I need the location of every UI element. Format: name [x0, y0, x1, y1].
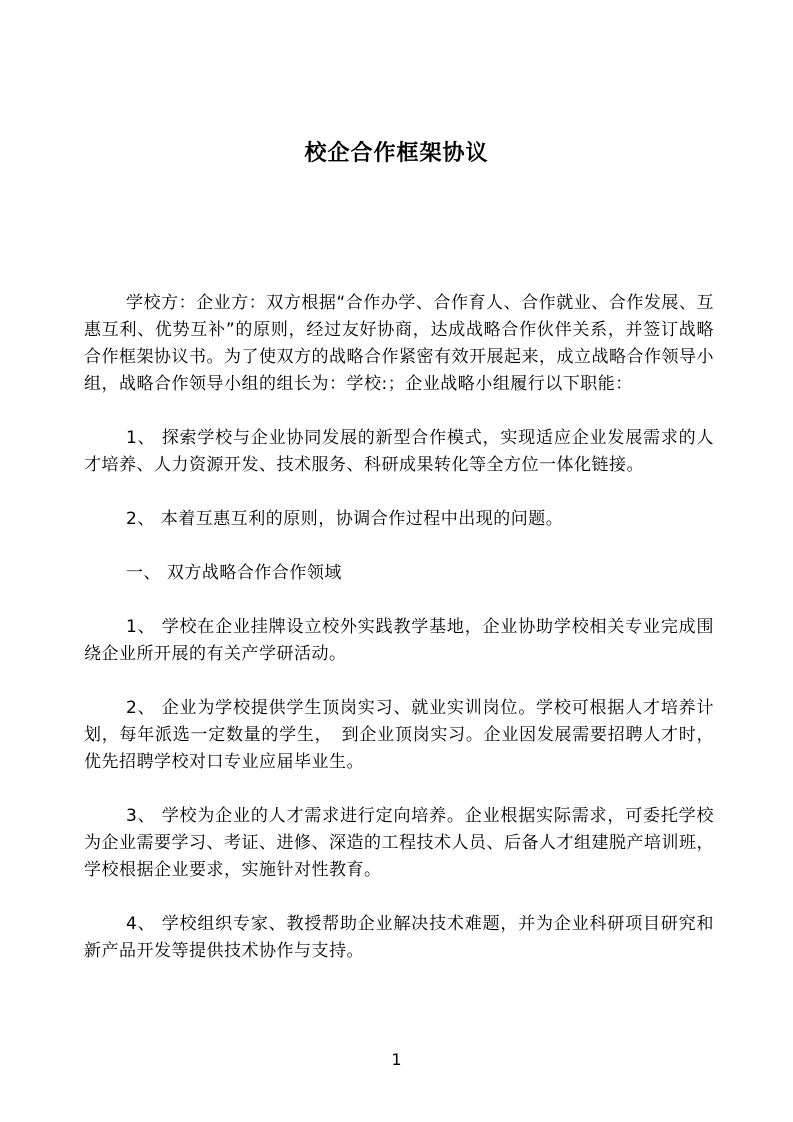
- document-body: 学校方：企业方：双方根据“合作办学、合作育人、合作就业、合作发展、互惠互利、优势…: [84, 290, 714, 965]
- page-number: 1: [391, 1050, 401, 1069]
- list-item-function-1: 1、 探索学校与企业协同发展的新型合作模式，实现适应企业发展需求的人才培养、人力…: [84, 425, 714, 479]
- list-item-area-3: 3、 学校为企业的人才需求进行定向培养。企业根据实际需求，可委托学校为企业需要学…: [84, 803, 714, 884]
- list-item-area-4: 4、 学校组织专家、教授帮助企业解决技术难题，并为企业科研项目研究和新产品开发等…: [84, 911, 714, 965]
- document-page: 校企合作框架协议 学校方：企业方：双方根据“合作办学、合作育人、合作就业、合作发…: [0, 0, 793, 1122]
- list-item-area-1: 1、 学校在企业挂牌设立校外实践教学基地，企业协助学校相关专业完成围绕企业所开展…: [84, 614, 714, 668]
- list-item-function-2: 2、 本着互惠互利的原则，协调合作过程中出现的问题。: [84, 506, 714, 533]
- paragraph-intro: 学校方：企业方：双方根据“合作办学、合作育人、合作就业、合作发展、互惠互利、优势…: [84, 290, 714, 398]
- page-footer: 1: [0, 1050, 793, 1070]
- section-heading-cooperation-areas: 一、 双方战略合作合作领域: [84, 560, 714, 587]
- list-item-area-2: 2、 企业为学校提供学生顶岗实习、就业实训岗位。学校可根据人才培养计划，每年派选…: [84, 695, 714, 776]
- document-title: 校企合作框架协议: [0, 0, 793, 168]
